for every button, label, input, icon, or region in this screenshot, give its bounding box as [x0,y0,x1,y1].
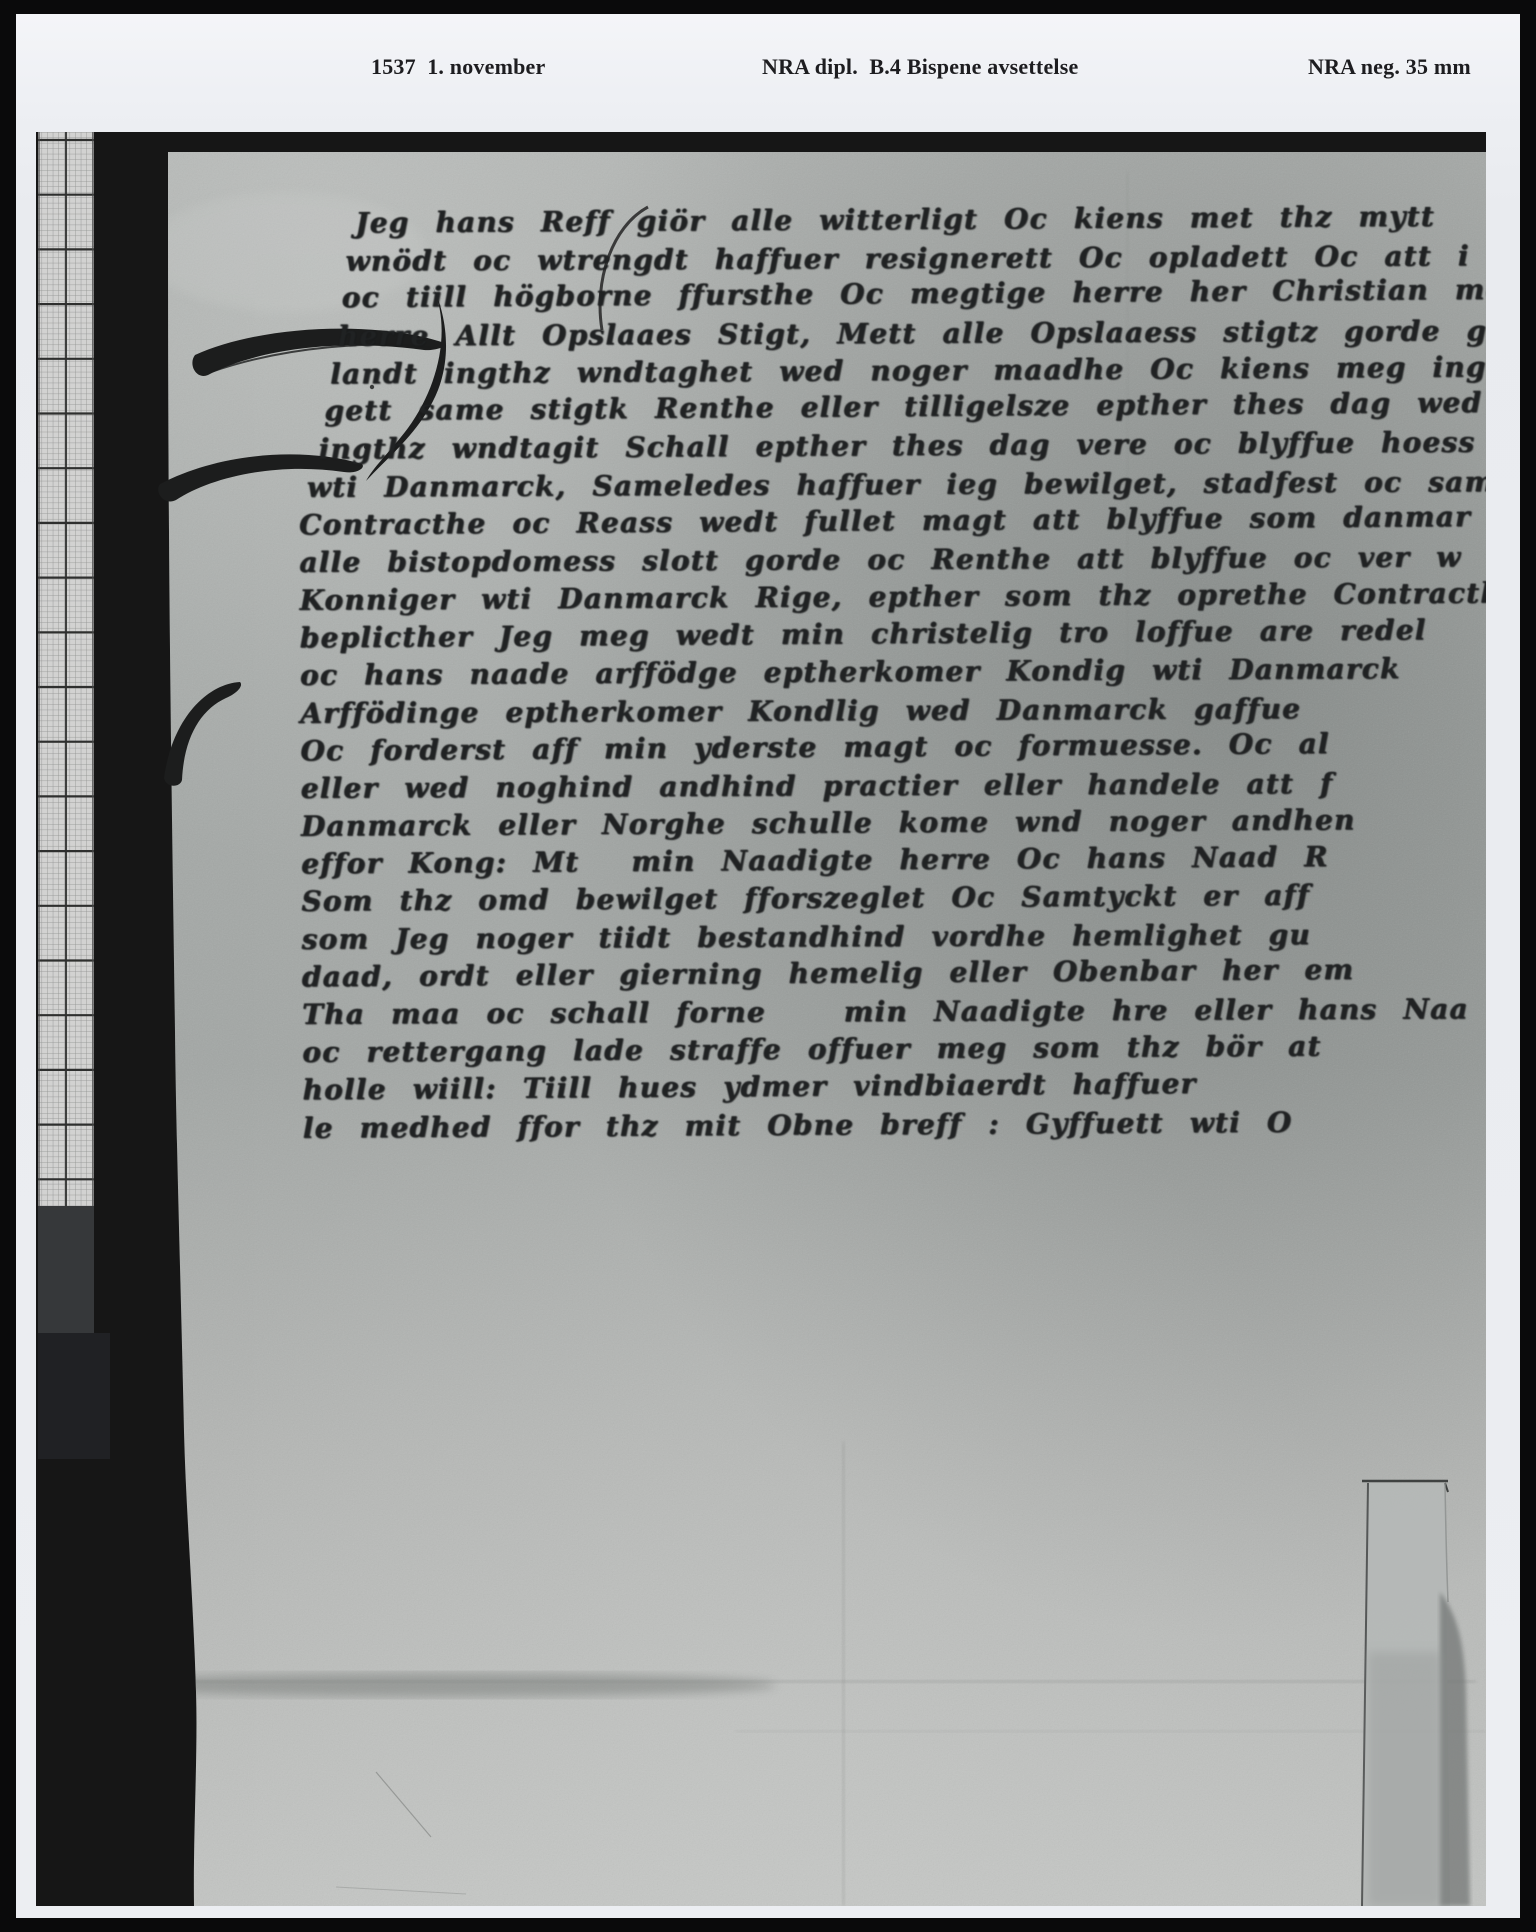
photo-mount-frame: 1537 1. november NRA dipl. B.4 Bispene a… [0,0,1536,1932]
manuscript-line: gett same stigtk Renthe eller tilligelsz… [324,386,1486,432]
manuscript-line: oc tiill högborne ffursthe Oc megtige he… [342,273,1486,319]
document-photograph: Jeg hans Reff giör alle witterligt Oc ki… [36,132,1486,1906]
manuscript-line: Jeg hans Reff giör alle witterligt Oc ki… [355,199,1486,244]
caption-archive-ref: NRA dipl. B.4 Bispene avsettelse [762,54,1078,80]
manuscript-line: effor Kong: Mt min Naadigte herre Oc han… [301,838,1486,885]
manuscript-line: herre Allt Opslaaes Stigt, Mett alle Ops… [338,314,1486,357]
photo-print: 1537 1. november NRA dipl. B.4 Bispene a… [16,14,1520,1918]
manuscript-line: le medhed ffor thz mit Obne breff : Gyff… [303,1104,1486,1149]
manuscript-line: ingthz wndtagit Schall epther thes dag v… [319,425,1486,470]
caption-strip: 1537 1. november NRA dipl. B.4 Bispene a… [16,54,1520,94]
caption-date: 1537 1. november [371,54,546,80]
manuscript-line: Tha maa oc schall forne min Naadigte hre… [302,992,1486,1036]
manuscript-line: holle wiill: Tiill hues ydmer vindbiaerd… [302,1064,1486,1111]
manuscript-line: Som thz omd bewilget fforszeglet Oc Samt… [301,878,1486,923]
caption-negative-ref: NRA neg. 35 mm [1308,54,1471,80]
measurement-grid-strip [38,132,94,1206]
manuscript-line: oc hans naade arffödge eptherkomer Kondi… [300,651,1486,696]
manuscript-text: Jeg hans Reff giör alle witterligt Oc ki… [297,199,1486,1149]
manuscript-line: alle bistopdomess slott gorde oc Renthe … [299,540,1486,584]
manuscript-line: daad, ordt eller gierning hemelig eller … [302,951,1486,998]
manuscript-line: eller wed noghind andhind practier eller… [301,766,1486,810]
